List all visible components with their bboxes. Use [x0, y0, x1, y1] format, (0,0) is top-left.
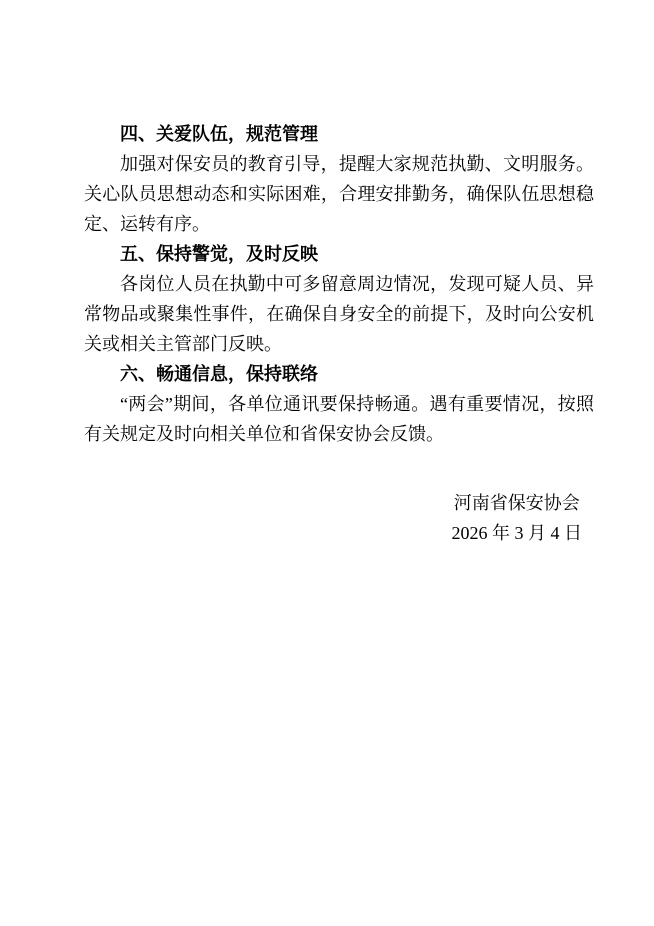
- signature-block: 河南省保安协会 2026 年 3 月 4 日: [452, 488, 583, 548]
- signature-date: 2026 年 3 月 4 日: [452, 518, 583, 548]
- document-body: 四、关爱队伍，规范管理 加强对保安员的教育引导，提醒大家规范执勤、文明服务。关心…: [84, 119, 594, 548]
- document-section-4: 四、关爱队伍，规范管理 加强对保安员的教育引导，提醒大家规范执勤、文明服务。关心…: [84, 119, 594, 239]
- section-heading: 五、保持警觉，及时反映: [84, 239, 594, 269]
- section-paragraph: “两会”期间，各单位通讯要保持畅通。遇有重要情况，按照有关规定及时向相关单位和省…: [84, 389, 594, 449]
- section-paragraph: 加强对保安员的教育引导，提醒大家规范执勤、文明服务。关心队员思想动态和实际困难，…: [84, 149, 594, 239]
- signature-organization: 河南省保安协会: [454, 488, 580, 518]
- document-page: 四、关爱队伍，规范管理 加强对保安员的教育引导，提醒大家规范执勤、文明服务。关心…: [0, 0, 654, 926]
- section-paragraph: 各岗位人员在执勤中可多留意周边情况，发现可疑人员、异常物品或聚集性事件，在确保自…: [84, 269, 594, 359]
- section-heading: 六、畅通信息，保持联络: [84, 359, 594, 389]
- document-section-6: 六、畅通信息，保持联络 “两会”期间，各单位通讯要保持畅通。遇有重要情况，按照有…: [84, 359, 594, 449]
- section-heading: 四、关爱队伍，规范管理: [84, 119, 594, 149]
- document-section-5: 五、保持警觉，及时反映 各岗位人员在执勤中可多留意周边情况，发现可疑人员、异常物…: [84, 239, 594, 359]
